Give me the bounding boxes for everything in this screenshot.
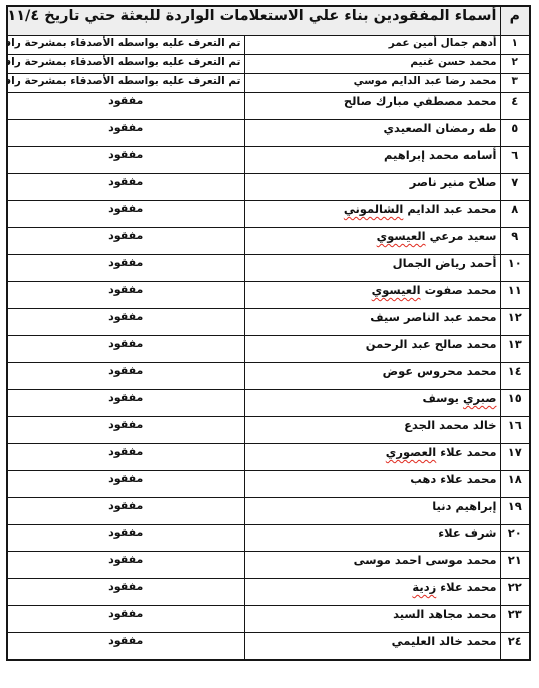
table-row: ١٣ محمد صالح عبد الرحمن مفقود [7,336,530,363]
person-name: محمد علاء [436,580,496,594]
person-name: شرف علاء [438,526,496,540]
person-name-cell: محمد حسن غنيم [244,55,500,74]
row-number: ٢ [500,55,530,74]
person-name-cell: محمد خالد العليمي [244,633,500,660]
status-text: مفقود [7,633,244,660]
person-name-cell: محمد رضا عبد الدايم موسي [244,74,500,93]
person-name-cell: محمد صالح عبد الرحمن [244,336,500,363]
table-body: ١ أدهم جمال أمين عمر تم التعرف عليه بواس… [7,36,530,660]
person-name-misspelled: زدية [412,580,436,594]
row-number: ٢٤ [500,633,530,660]
row-number: ٢٣ [500,606,530,633]
table-row: ٥ طه رمضان الصعيدي مفقود [7,120,530,147]
table-row: ١٨ محمد علاء دهب مفقود [7,471,530,498]
table-header-row: م أسماء المفقودين بناء علي الاستعلامات ا… [7,6,530,36]
person-name-cell: محمد مجاهد السيد [244,606,500,633]
table-row: ٣ محمد رضا عبد الدايم موسي تم التعرف علي… [7,74,530,93]
person-name: طه رمضان الصعيدي [384,121,497,135]
status-text: مفقود [7,174,244,201]
row-number: ١٧ [500,444,530,471]
person-name: صلاح منير ناصر [410,175,497,189]
table-row: ١ أدهم جمال أمين عمر تم التعرف عليه بواس… [7,36,530,55]
missing-persons-table: م أسماء المفقودين بناء علي الاستعلامات ا… [6,5,531,661]
table-row: ١٦ خالد محمد الجدع مفقود [7,417,530,444]
status-text: مفقود [7,282,244,309]
person-name: محمد علاء دهب [410,472,496,486]
person-name-misspelled: الشالموني [344,202,403,216]
person-name-cell: سعيد مرعي العيسوي [244,228,500,255]
table-row: ٢ محمد حسن غنيم تم التعرف عليه بواسطه ال… [7,55,530,74]
table-row: ١٤ محمد محروس عوض مفقود [7,363,530,390]
person-name: أحمد رياض الجمال [393,256,497,270]
table-row: ٢٢ محمد علاء زدية مفقود [7,579,530,606]
row-number: ١٩ [500,498,530,525]
status-text: مفقود [7,228,244,255]
row-number: ١٠ [500,255,530,282]
person-name: محمد حسن غنيم [410,56,496,68]
person-name: محمد صفوت [421,283,497,297]
status-text: تم التعرف عليه بواسطه الأصدقاء بمشرحة را… [7,36,244,55]
person-name: محمد عبد الدايم [403,202,496,216]
person-name-cell: محمد صفوت العيسوي [244,282,500,309]
status-text: مفقود [7,606,244,633]
person-name-cell: محمد مصطفي مبارك صالح [244,93,500,120]
table-row: ٢٤ محمد خالد العليمي مفقود [7,633,530,660]
person-name-cell: محمد محروس عوض [244,363,500,390]
status-text: مفقود [7,93,244,120]
person-name-cell: محمد علاء العصوري [244,444,500,471]
person-name-cell: محمد علاء زدية [244,579,500,606]
person-name: أدهم جمال أمين عمر [389,37,497,49]
table-row: ٤ محمد مصطفي مبارك صالح مفقود [7,93,530,120]
header-number-column: م [500,6,530,36]
row-number: ١٦ [500,417,530,444]
table-row: ٢٣ محمد مجاهد السيد مفقود [7,606,530,633]
row-number: ٤ [500,93,530,120]
person-name-misspelled: صبري [463,391,497,405]
person-name-misspelled: العيسوي [377,229,426,243]
person-name-cell: أدهم جمال أمين عمر [244,36,500,55]
row-number: ٢٠ [500,525,530,552]
person-name: محمد موسى احمد موسى [354,553,497,567]
status-text: مفقود [7,336,244,363]
person-name-cell: محمد عبد الدايم الشالموني [244,201,500,228]
row-number: ٧ [500,174,530,201]
status-text: مفقود [7,552,244,579]
status-text: مفقود [7,417,244,444]
person-name-cell: صبري يوسف [244,390,500,417]
status-text: مفقود [7,255,244,282]
person-name-cell: محمد موسى احمد موسى [244,552,500,579]
person-name: سعيد مرعي [426,229,497,243]
status-text: تم التعرف عليه بواسطه الأصدقاء بمشرحة را… [7,55,244,74]
person-name-misspelled: العيسوي [372,283,421,297]
status-text: مفقود [7,498,244,525]
document-page: م أسماء المفقودين بناء علي الاستعلامات ا… [0,0,539,688]
row-number: ١ [500,36,530,55]
status-text: تم التعرف عليه بواسطه الأصدقاء بمشرحة را… [7,74,244,93]
person-name: محمد رضا عبد الدايم موسي [354,75,497,87]
row-number: ١١ [500,282,530,309]
person-name-cell: أحمد رياض الجمال [244,255,500,282]
table-title: أسماء المفقودين بناء علي الاستعلامات الو… [7,6,500,36]
status-text: مفقود [7,525,244,552]
person-name: محمد عبد الناصر سيف [370,310,496,324]
row-number: ١٥ [500,390,530,417]
table-row: ١٧ محمد علاء العصوري مفقود [7,444,530,471]
table-row: ١١ محمد صفوت العيسوي مفقود [7,282,530,309]
person-name: محمد خالد العليمي [392,634,497,648]
person-name: محمد محروس عوض [383,364,497,378]
status-text: مفقود [7,579,244,606]
person-name-cell: طه رمضان الصعيدي [244,120,500,147]
status-text: مفقود [7,201,244,228]
person-name: محمد علاء [436,445,496,459]
person-name-cell: أسامه محمد إبراهيم [244,147,500,174]
person-name: أسامه محمد إبراهيم [384,148,496,162]
row-number: ١٣ [500,336,530,363]
person-name-after: يوسف [422,391,463,405]
status-text: مفقود [7,471,244,498]
person-name: خالد محمد الجدع [404,418,496,432]
table-row: ٢٠ شرف علاء مفقود [7,525,530,552]
person-name-cell: إبراهيم دنيا [244,498,500,525]
person-name-cell: محمد عبد الناصر سيف [244,309,500,336]
person-name-cell: صلاح منير ناصر [244,174,500,201]
row-number: ١٢ [500,309,530,336]
status-text: مفقود [7,147,244,174]
status-text: مفقود [7,390,244,417]
status-text: مفقود [7,363,244,390]
table-row: ١٩ إبراهيم دنيا مفقود [7,498,530,525]
row-number: ٥ [500,120,530,147]
table-row: ١٠ أحمد رياض الجمال مفقود [7,255,530,282]
person-name: محمد مجاهد السيد [393,607,496,621]
table-row: ٨ محمد عبد الدايم الشالموني مفقود [7,201,530,228]
table-row: ٦ أسامه محمد إبراهيم مفقود [7,147,530,174]
row-number: ٢١ [500,552,530,579]
person-name: محمد مصطفي مبارك صالح [344,94,497,108]
person-name-misspelled: العصوري [386,445,436,459]
table-row: ٩ سعيد مرعي العيسوي مفقود [7,228,530,255]
person-name: إبراهيم دنيا [432,499,496,513]
row-number: ٩ [500,228,530,255]
table-row: ١٥ صبري يوسف مفقود [7,390,530,417]
row-number: ٦ [500,147,530,174]
table-row: ٧ صلاح منير ناصر مفقود [7,174,530,201]
person-name: محمد صالح عبد الرحمن [366,337,497,351]
status-text: مفقود [7,444,244,471]
row-number: ١٤ [500,363,530,390]
row-number: ٢٢ [500,579,530,606]
row-number: ٣ [500,74,530,93]
status-text: مفقود [7,309,244,336]
person-name-cell: محمد علاء دهب [244,471,500,498]
table-row: ٢١ محمد موسى احمد موسى مفقود [7,552,530,579]
status-text: مفقود [7,120,244,147]
table-row: ١٢ محمد عبد الناصر سيف مفقود [7,309,530,336]
row-number: ١٨ [500,471,530,498]
person-name-cell: خالد محمد الجدع [244,417,500,444]
row-number: ٨ [500,201,530,228]
person-name-cell: شرف علاء [244,525,500,552]
